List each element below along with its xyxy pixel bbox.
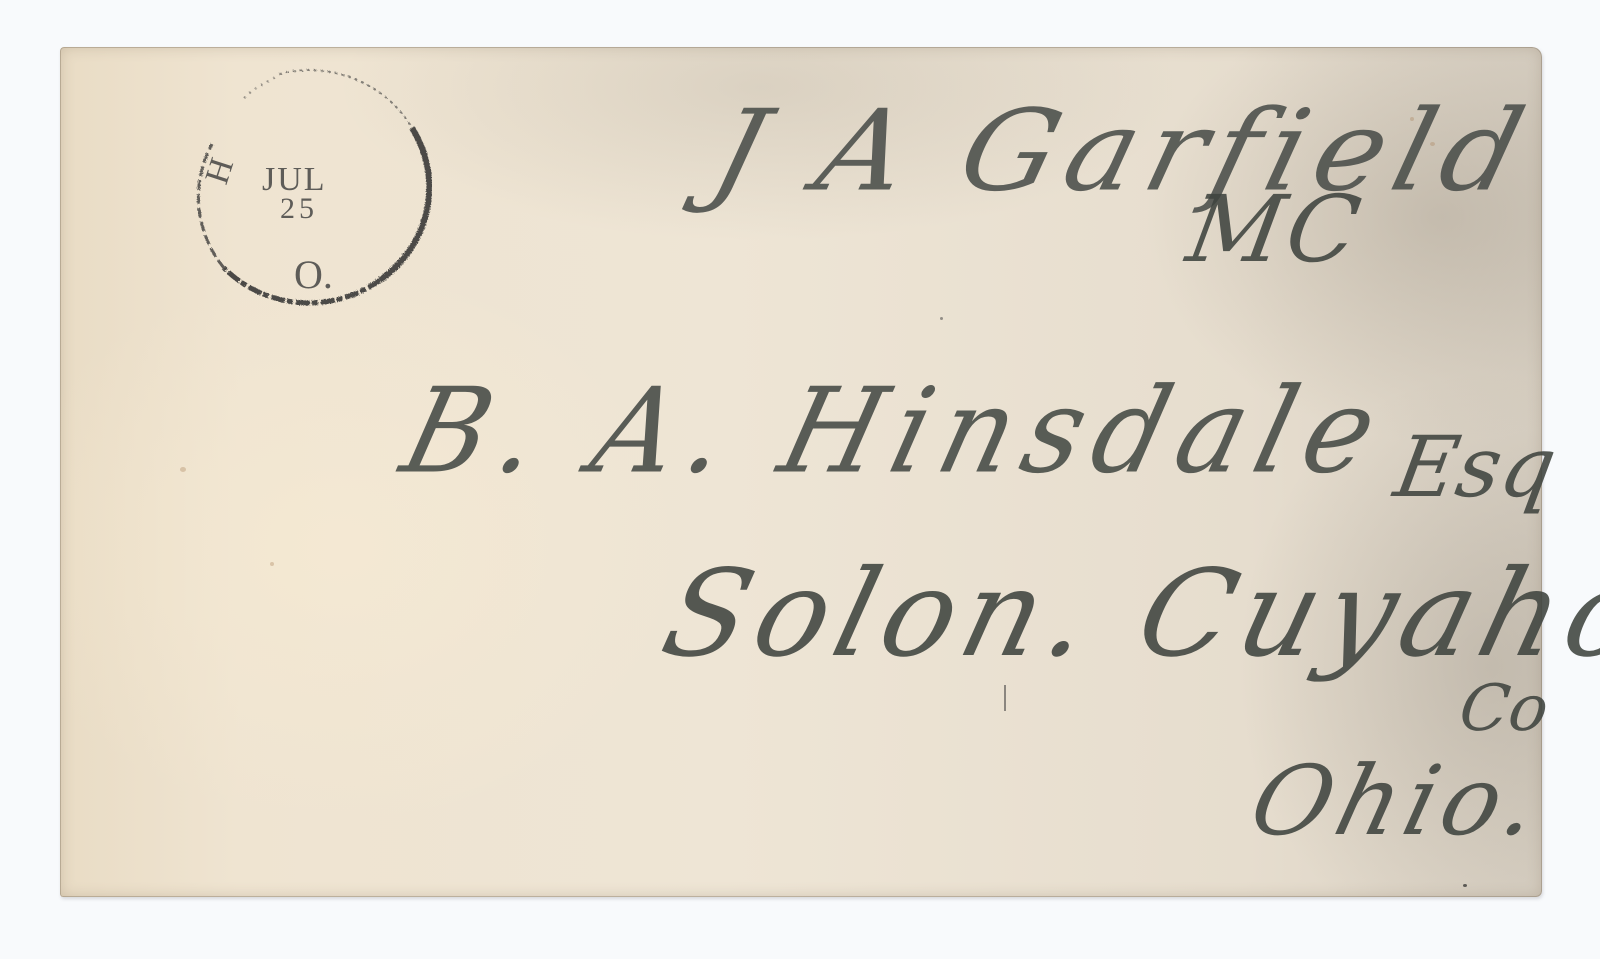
postmark-circle-icon: H JUL 25 O. bbox=[184, 68, 432, 306]
paper-speck bbox=[180, 467, 186, 472]
postmark-day: 25 bbox=[280, 192, 318, 225]
scan-background: H JUL 25 O. J A Garfield MC B. A. Hinsda… bbox=[0, 0, 1600, 959]
address-city-county: Solon. Cuyahoga bbox=[650, 545, 1600, 684]
address-state: Ohio. bbox=[1240, 745, 1556, 857]
paper-speck bbox=[270, 562, 274, 566]
postmark: H JUL 25 O. bbox=[184, 68, 432, 306]
free-frank-signature: J A Garfield bbox=[700, 85, 1546, 216]
ink-stray-mark bbox=[1004, 685, 1006, 711]
address-county-suffix: Co bbox=[1455, 672, 1553, 746]
addressee-suffix: Esq bbox=[1388, 418, 1563, 516]
free-frank-title: MC bbox=[1180, 176, 1371, 283]
addressee-name: B. A. Hinsdale bbox=[390, 364, 1401, 501]
postmark-town: H bbox=[198, 154, 241, 189]
postmark-state: O. bbox=[294, 252, 333, 297]
paper-speck bbox=[1463, 884, 1467, 887]
paper-speck bbox=[940, 317, 943, 320]
